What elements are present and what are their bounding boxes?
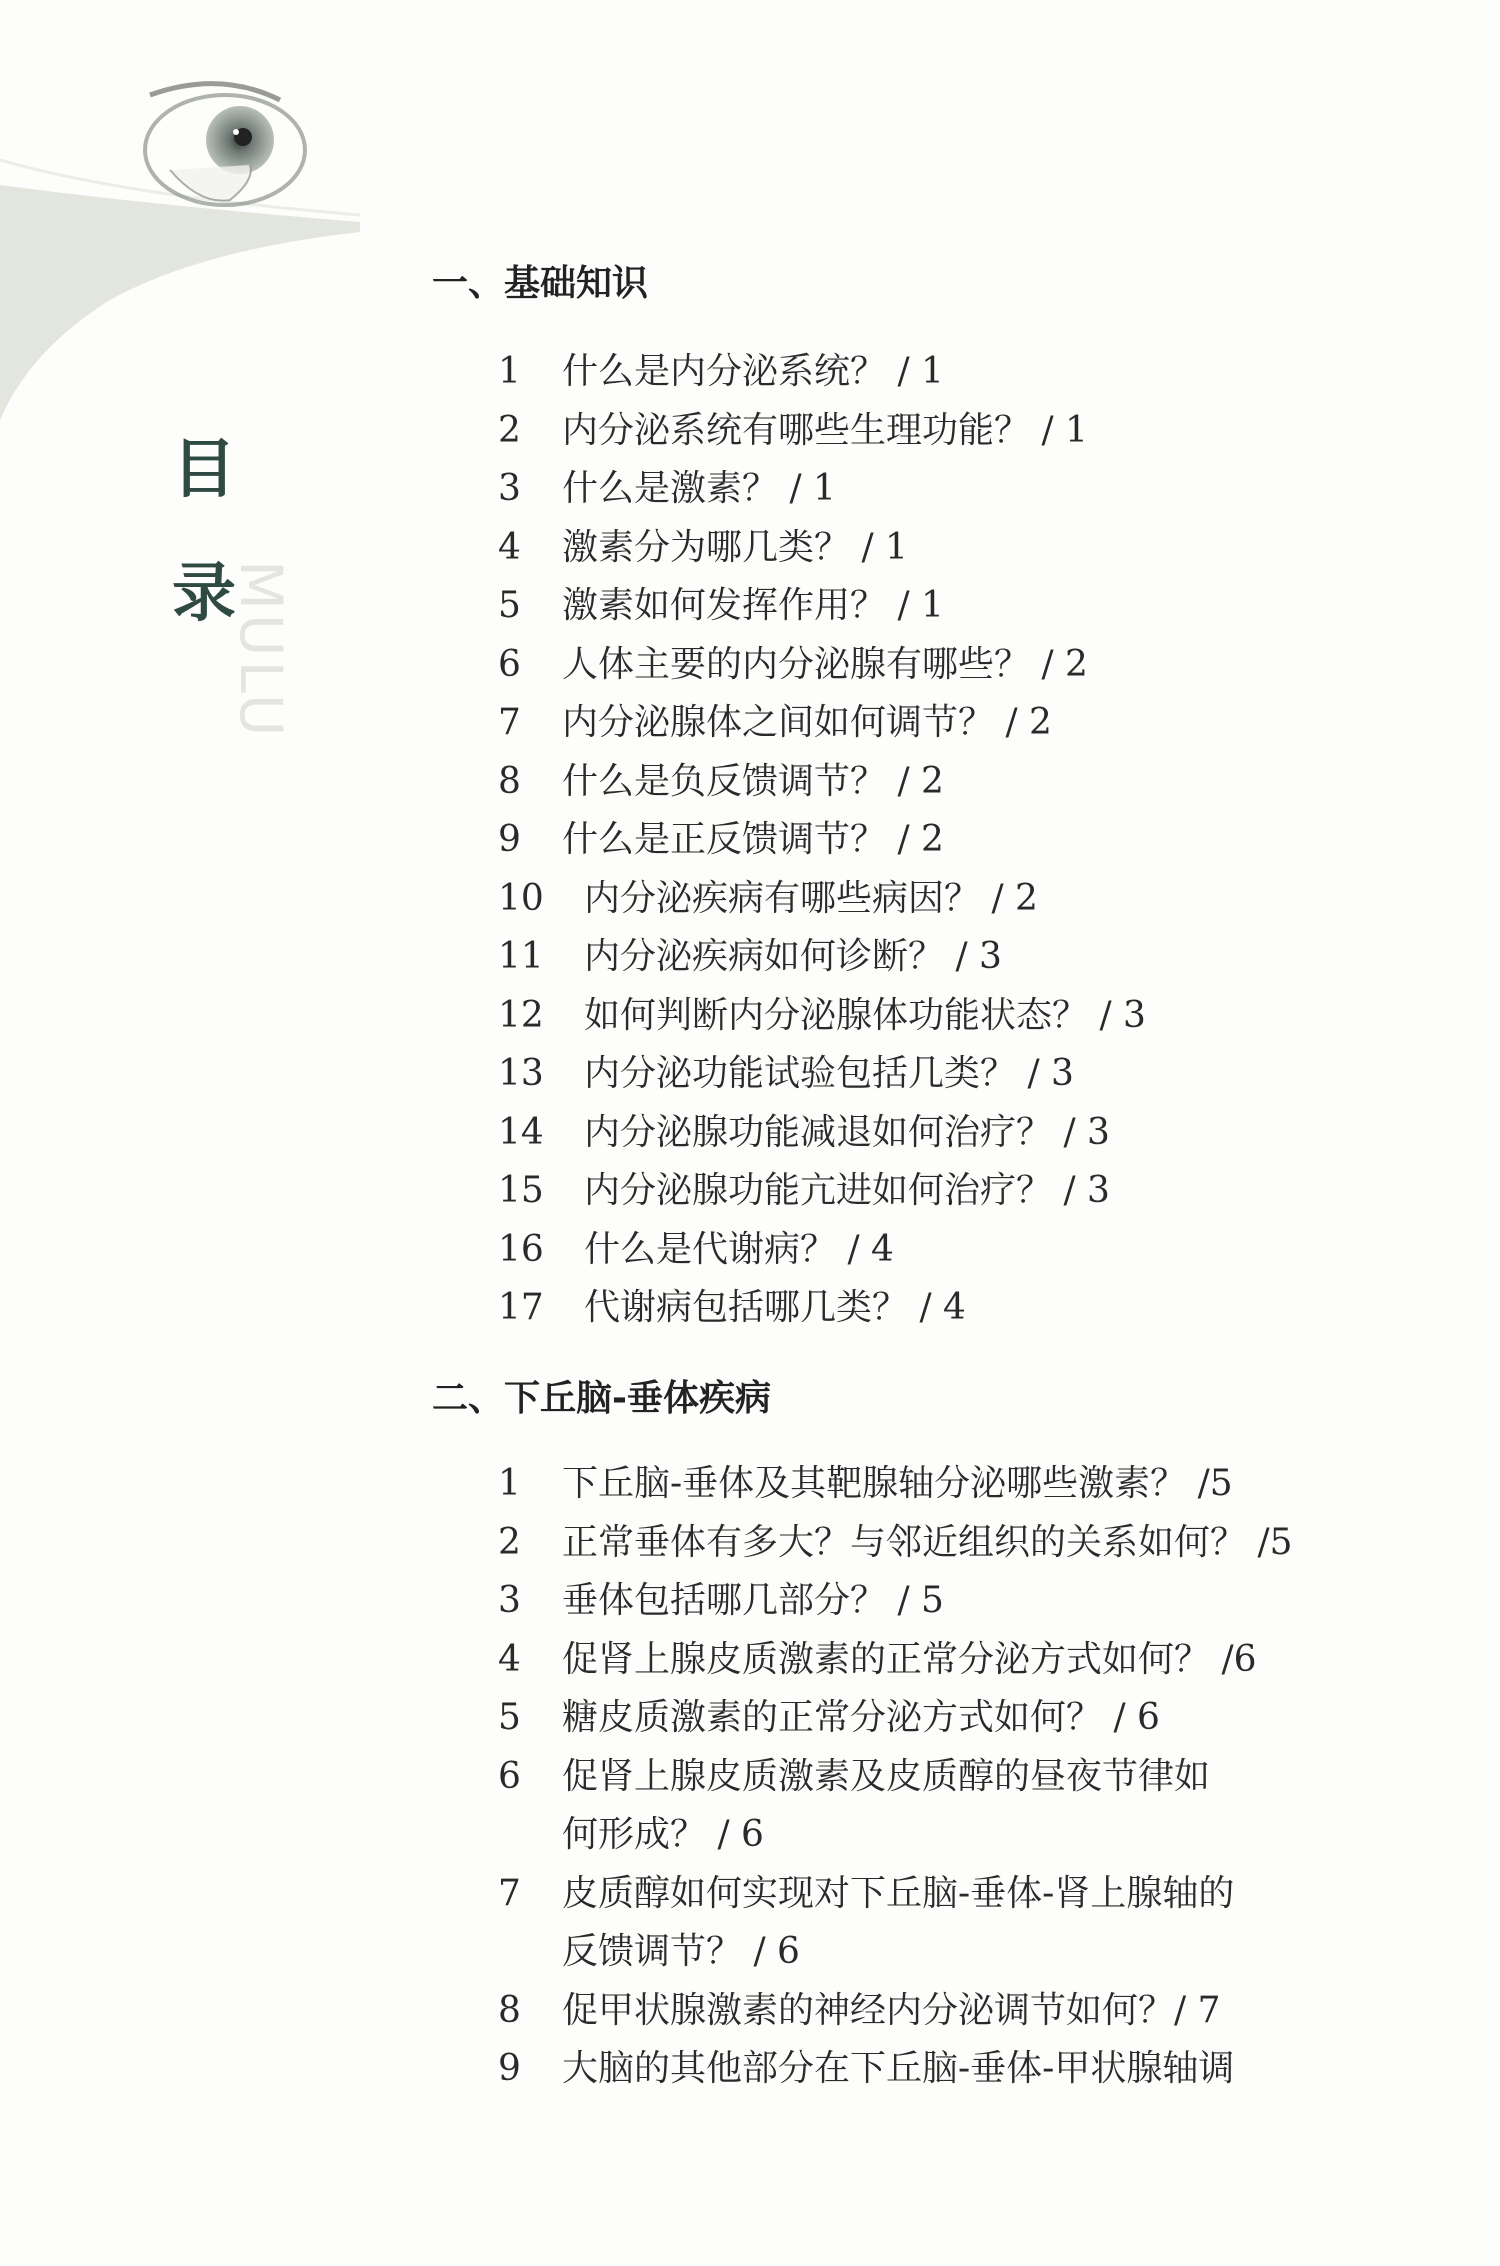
entry-text: 什么是负反馈调节？ / 2 (562, 753, 944, 812)
entry-number: 5 (498, 1689, 521, 1748)
entry-number: 4 (498, 519, 521, 578)
entry-text: 促肾上腺皮质激素及皮质醇的昼夜节律如 (562, 1748, 1210, 1807)
entry-text: 皮质醇如何实现对下丘脑-垂体-肾上腺轴的 (562, 1865, 1234, 1924)
entry-text: 内分泌疾病有哪些病因？ / 2 (584, 870, 1038, 929)
toc-title-char-1: 目 (172, 438, 236, 502)
entry-number: 7 (498, 1865, 521, 1924)
entry-number: 8 (498, 753, 521, 812)
entry-text: 内分泌腺功能减退如何治疗？ / 3 (584, 1104, 1110, 1163)
entry-number: 2 (498, 1514, 521, 1573)
entry-number: 9 (498, 2040, 521, 2099)
entry-text: 正常垂体有多大？与邻近组织的关系如何？ /5 (562, 1514, 1292, 1573)
entry-number: 2 (498, 402, 521, 461)
entry-number: 3 (498, 460, 521, 519)
entry-number: 3 (498, 1572, 521, 1631)
entry-number: 16 (498, 1221, 544, 1280)
toc-title-latin: MULU (232, 560, 290, 740)
entry-text: 促肾上腺皮质激素的正常分泌方式如何？ /6 (562, 1631, 1256, 1690)
entry-number: 9 (498, 811, 521, 870)
section-heading-basics: 一、基础知识 (432, 266, 648, 302)
entry-number: 14 (498, 1104, 544, 1163)
entry-number: 4 (498, 1631, 521, 1690)
entry-text: 什么是正反馈调节？ / 2 (562, 811, 944, 870)
entry-number: 5 (498, 577, 521, 636)
entry-text: 代谢病包括哪几类？ / 4 (584, 1279, 966, 1338)
entry-number: 10 (498, 870, 544, 929)
entry-text: 内分泌功能试验包括几类？ / 3 (584, 1045, 1074, 1104)
entry-text: 内分泌腺体之间如何调节？ / 2 (562, 694, 1052, 753)
entry-text: 垂体包括哪几部分？ / 5 (562, 1572, 944, 1631)
entry-text: 内分泌疾病如何诊断？ / 3 (584, 928, 1002, 987)
entry-number: 12 (498, 987, 544, 1046)
entry-text: 激素分为哪几类？ / 1 (562, 519, 908, 578)
entry-number: 6 (498, 636, 521, 695)
entry-number: 17 (498, 1279, 544, 1338)
entry-number: 1 (498, 343, 521, 402)
entry-number: 1 (498, 1455, 521, 1514)
entry-text: 大脑的其他部分在下丘脑-垂体-甲状腺轴调 (562, 2040, 1234, 2099)
entry-text: 什么是内分泌系统？ / 1 (562, 343, 944, 402)
entry-text: 激素如何发挥作用？ / 1 (562, 577, 944, 636)
entry-text: 人体主要的内分泌腺有哪些？ / 2 (562, 636, 1088, 695)
entry-number: 6 (498, 1748, 521, 1807)
entry-number: 13 (498, 1045, 544, 1104)
entry-number: 8 (498, 1982, 521, 2041)
entry-number: 15 (498, 1162, 544, 1221)
entry-text: 反馈调节？ / 6 (562, 1923, 800, 1982)
entry-text: 内分泌腺功能亢进如何治疗？ / 3 (584, 1162, 1110, 1221)
section-heading-hypothalamus-pituitary: 二、下丘脑-垂体疾病 (432, 1381, 771, 1417)
entry-text: 内分泌系统有哪些生理功能？ / 1 (562, 402, 1088, 461)
entry-text: 糖皮质激素的正常分泌方式如何？ / 6 (562, 1689, 1160, 1748)
entry-text: 什么是激素？ / 1 (562, 460, 836, 519)
entry-number: 7 (498, 694, 521, 753)
entry-text: 如何判断内分泌腺体功能状态？ / 3 (584, 987, 1146, 1046)
entry-text: 促甲状腺激素的神经内分泌调节如何？/ 7 (562, 1982, 1220, 2041)
entry-text: 下丘脑-垂体及其靶腺轴分泌哪些激素？ /5 (562, 1455, 1233, 1514)
entry-number: 11 (498, 928, 544, 987)
entry-text: 何形成？ / 6 (562, 1806, 764, 1865)
entry-text: 什么是代谢病？ / 4 (584, 1221, 894, 1280)
